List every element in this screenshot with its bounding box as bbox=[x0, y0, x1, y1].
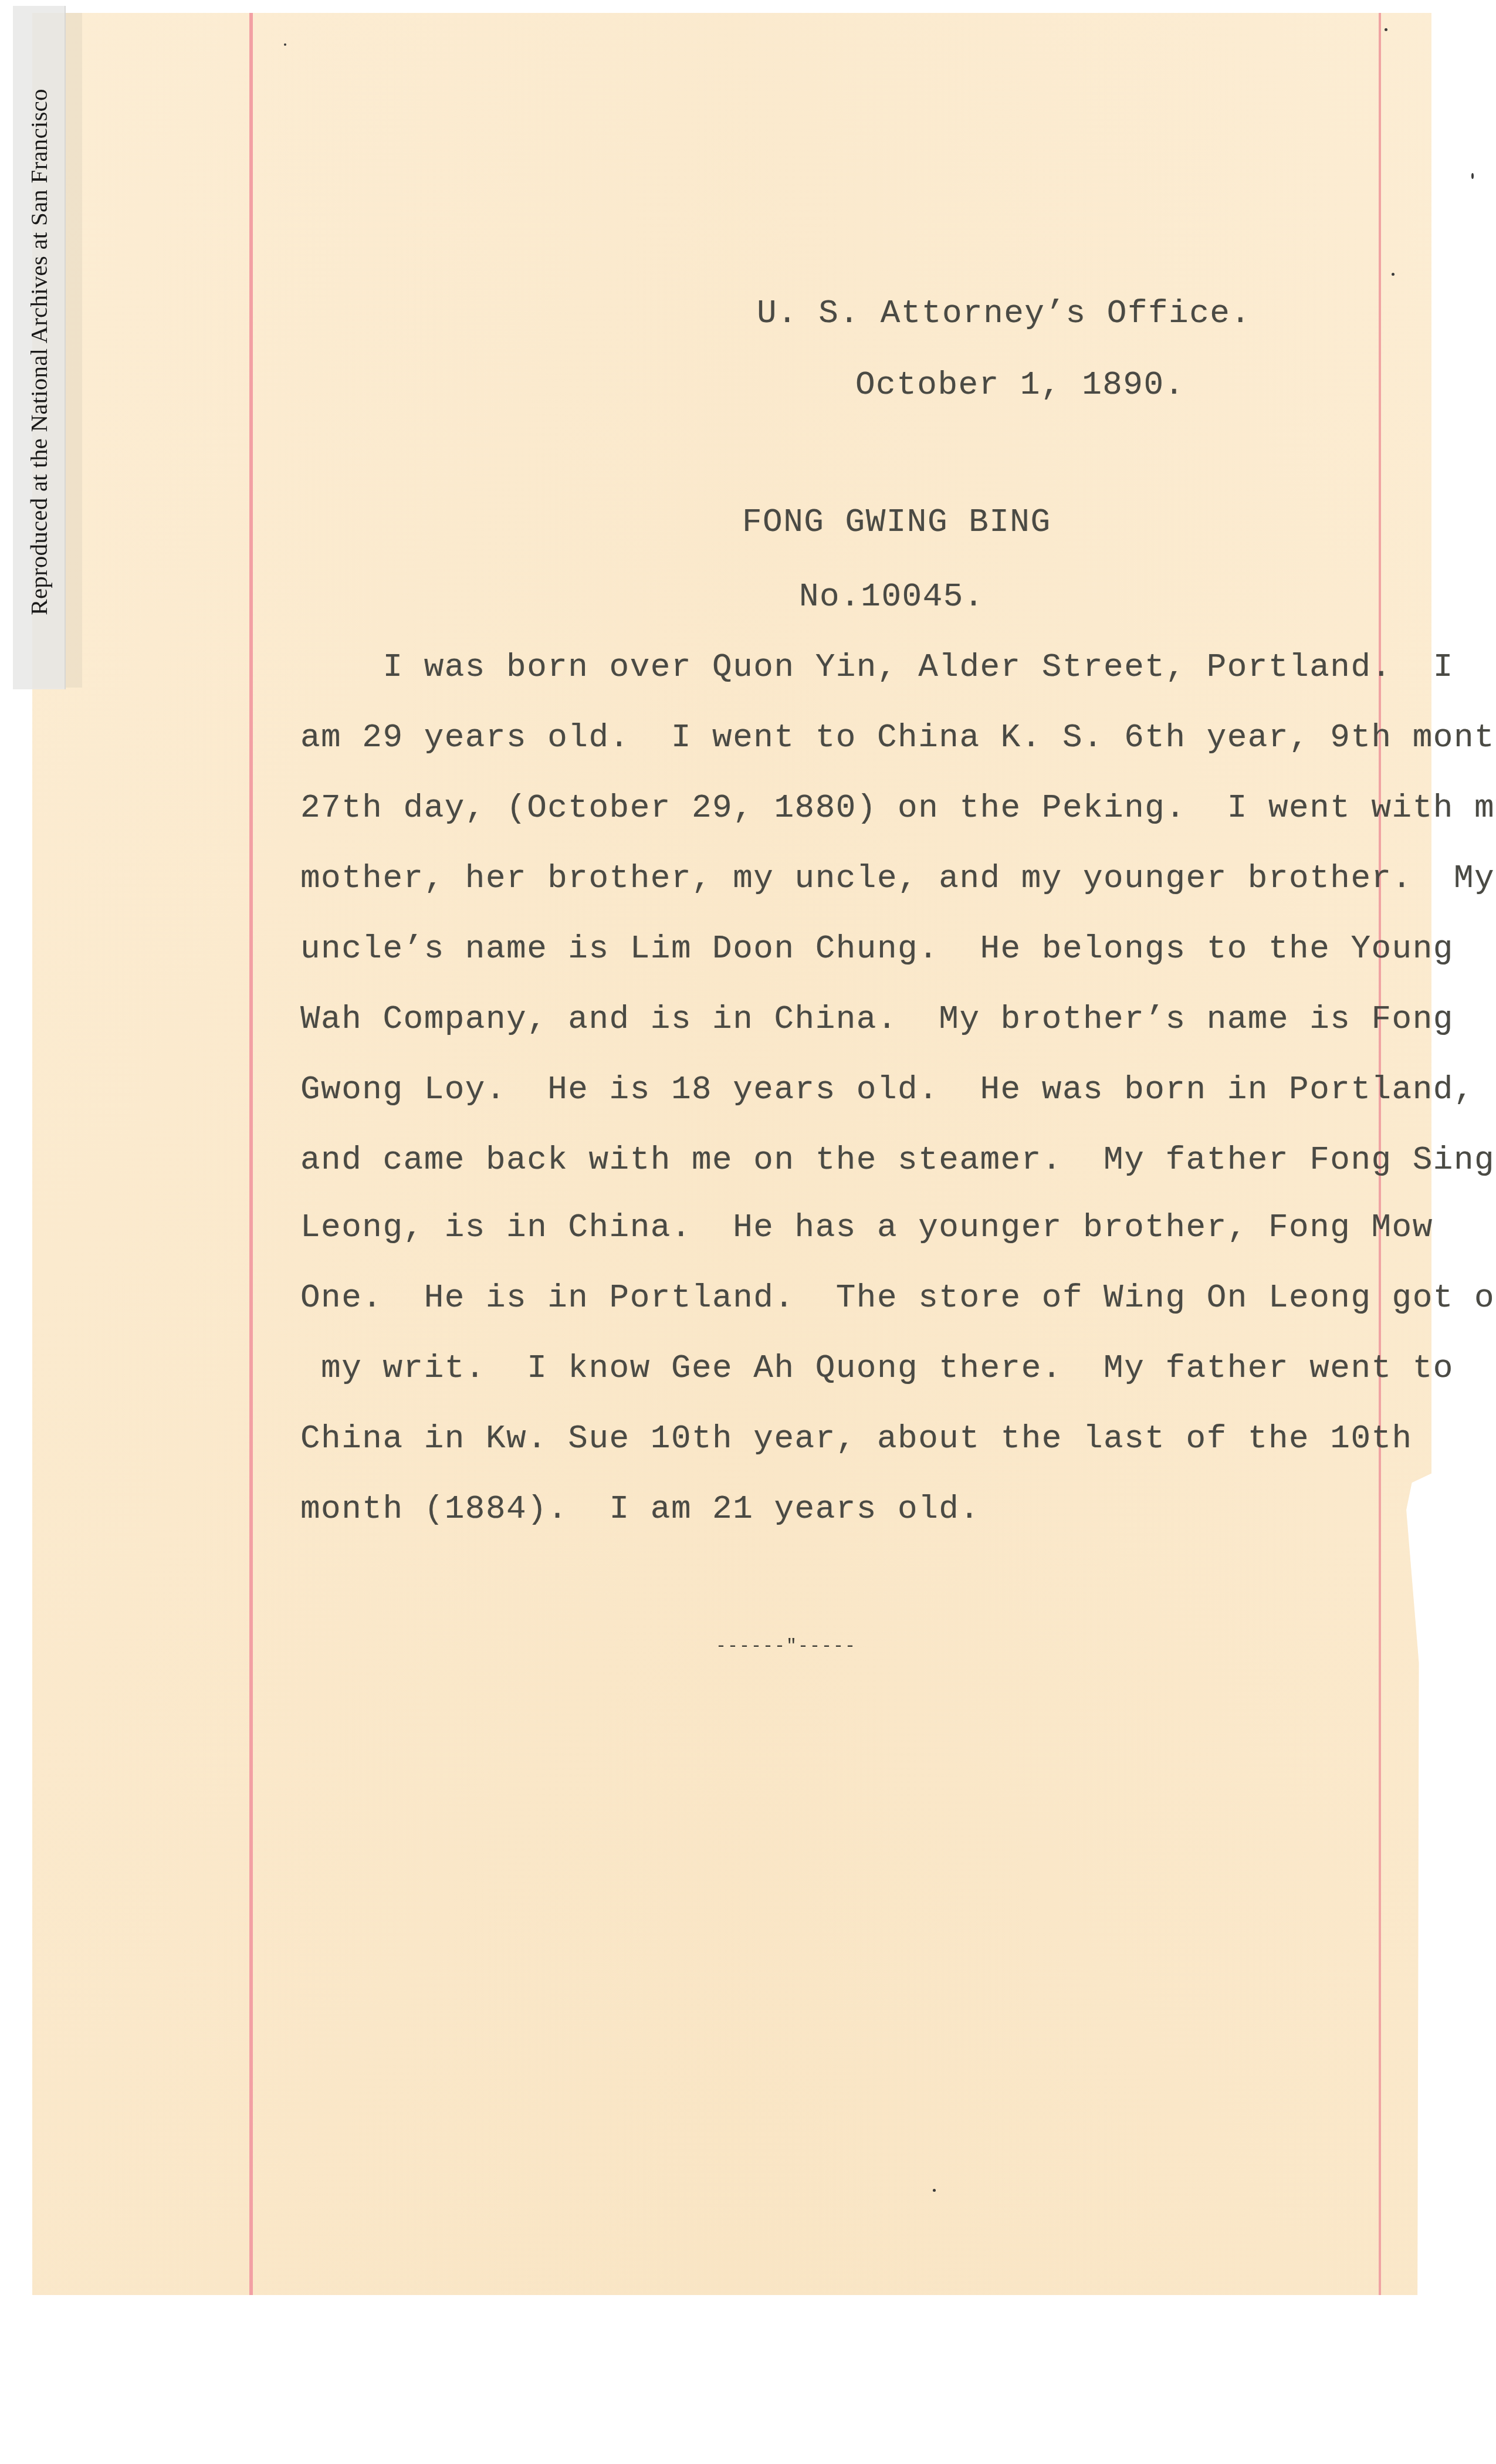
document-date: October 1, 1890. bbox=[855, 366, 1185, 404]
statement-line: China in Kw. Sue 10th year, about the la… bbox=[300, 1420, 1413, 1457]
statement-line: my writ. I know Gee Ah Quong there. My f… bbox=[300, 1349, 1454, 1387]
statement-line: Wah Company, and is in China. My brother… bbox=[300, 1000, 1454, 1038]
statement-line: 27th day, (October 29, 1880) on the Peki… bbox=[300, 789, 1496, 827]
statement-line: am 29 years old. I went to China K. S. 6… bbox=[300, 719, 1496, 756]
statement-line: I was born over Quon Yin, Alder Street, … bbox=[300, 648, 1454, 686]
statement-line: mother, her brother, my uncle, and my yo… bbox=[300, 859, 1495, 897]
statement-line: and came back with me on the steamer. My… bbox=[300, 1141, 1495, 1179]
statement-line: One. He is in Portland. The store of Win… bbox=[300, 1279, 1496, 1316]
left-margin-rule bbox=[249, 13, 253, 2295]
paper-speck bbox=[933, 2189, 936, 2192]
office-heading: U. S. Attorney’s Office. bbox=[757, 295, 1251, 332]
paper-speck bbox=[1392, 273, 1395, 276]
statement-line: uncle’s name is Lim Doon Chung. He belon… bbox=[300, 930, 1454, 967]
archive-stamp: Reproduced at the National Archives at S… bbox=[25, 89, 53, 615]
paper-speck bbox=[1471, 173, 1474, 179]
case-number: No.10045. bbox=[799, 578, 984, 615]
statement-line: month (1884). I am 21 years old. bbox=[300, 1490, 980, 1528]
statement-line: Leong, is in China. He has a younger bro… bbox=[300, 1209, 1433, 1246]
paper-speck bbox=[284, 43, 286, 46]
end-separator: ------"----- bbox=[716, 1637, 857, 1657]
subject-name: FONG GWING BING bbox=[742, 503, 1051, 541]
statement-line: Gwong Loy. He is 18 years old. He was bo… bbox=[300, 1071, 1474, 1108]
paper-speck bbox=[1385, 28, 1387, 31]
